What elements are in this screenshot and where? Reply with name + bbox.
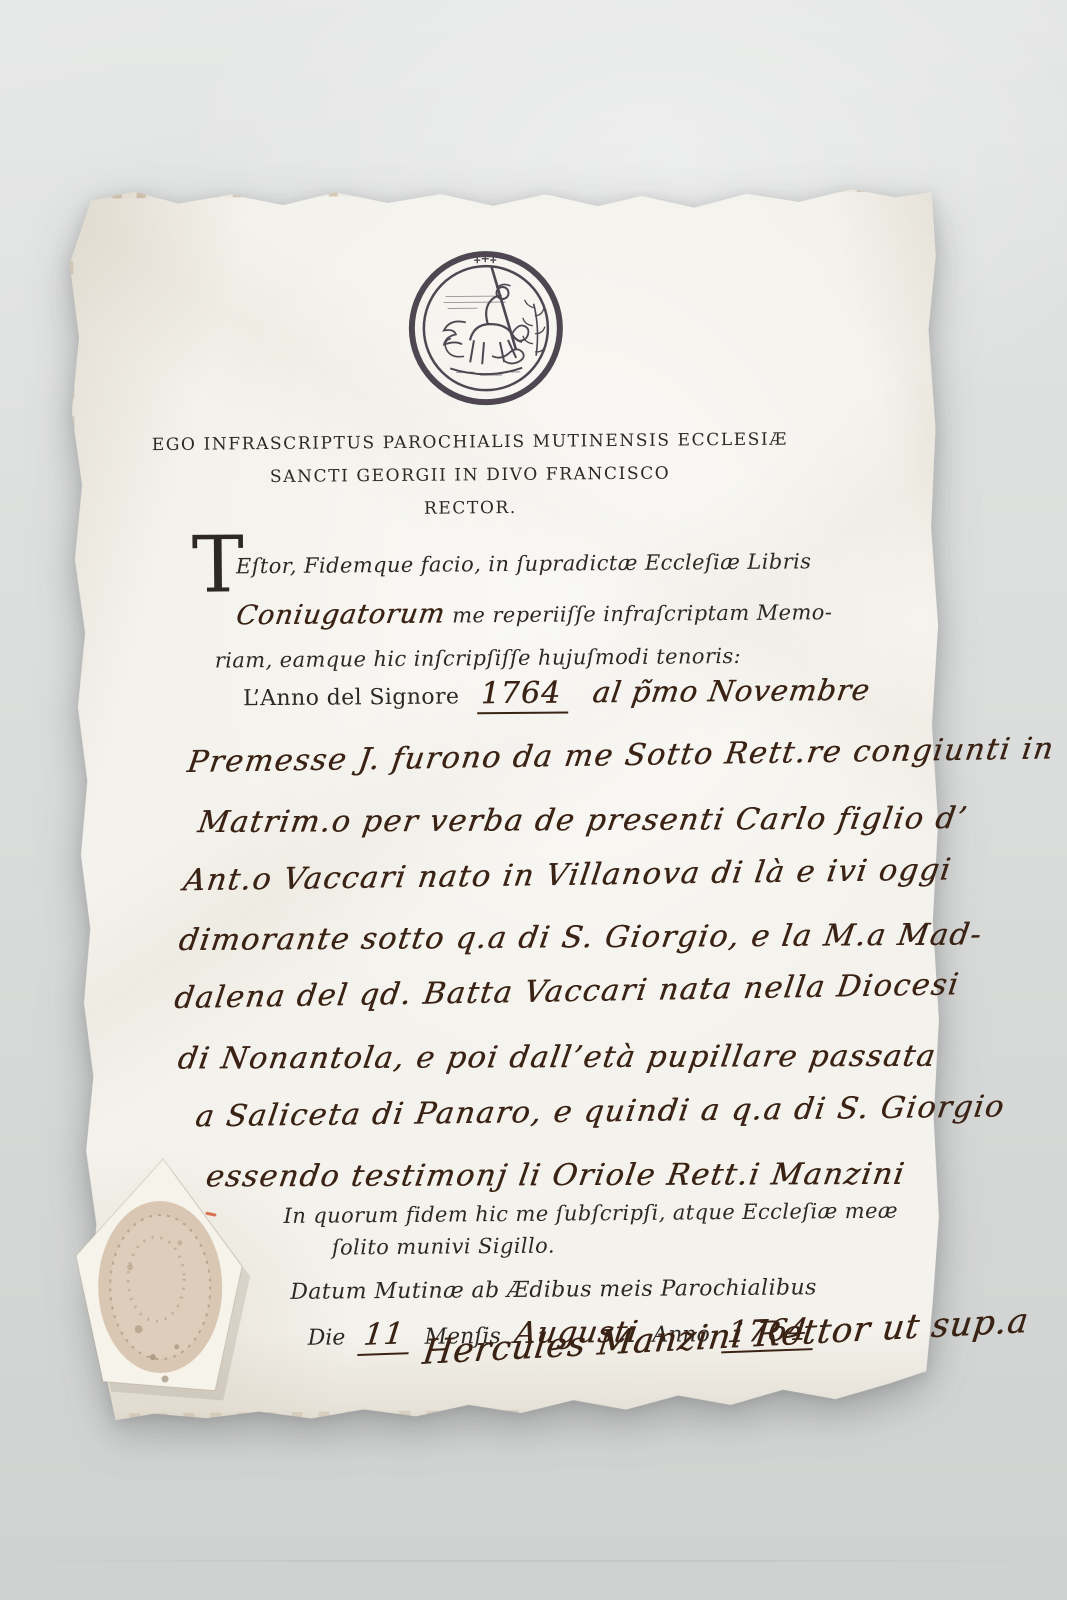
document-paper: EGO INFRASCRIPTUS PAROCHIALIS MUTINENSIS… (65, 182, 950, 1422)
closing-line-2: ſolito munivi Sigillo. (332, 1234, 555, 1260)
manuscript-line: Premesse J. furono da me Sotto Rett.re c… (69, 721, 944, 794)
photo-background: EGO INFRASCRIPTUS PAROCHIALIS MUTINENSIS… (0, 0, 1067, 1600)
handwritten-year-1764: 1764 (477, 675, 569, 714)
handwritten-memoriam: Premesse J. furono da me Sotto Rett.re c… (69, 727, 947, 1207)
year-line: L’Anno del Signore 1764 al p̃mo Novembre (243, 673, 871, 713)
wax-seal (59, 1146, 273, 1420)
header-line-3: RECTOR. (33, 488, 907, 529)
attestation-line-3: riam, eamque hic inſcripſiſſe hujuſmodi … (215, 644, 742, 673)
year-line-printed: L’Anno del Signore (243, 684, 459, 711)
document-content: EGO INFRASCRIPTUS PAROCHIALIS MUTINENSIS… (65, 182, 950, 1422)
handwritten-date-phrase: al p̃mo Novembre (591, 673, 873, 709)
printed-header: EGO INFRASCRIPTUS PAROCHIALIS MUTINENSIS… (33, 422, 908, 529)
attestation-line-1: Eſtor, Fidemque facio, in ſupradictæ Ecc… (236, 549, 812, 578)
st-george-seal-icon (403, 243, 568, 408)
handwritten-day: 11 (357, 1316, 413, 1356)
handwritten-word-coniugatorum: Coniugatorum (234, 599, 447, 632)
manuscript-line: Ant.o Vaccari nato in Villanova di là e … (70, 841, 945, 912)
attestation-line-2-printed: me reperiiſſe infraſcriptam Memo- (452, 600, 832, 627)
manuscript-line: a Saliceta di Panaro, e quindi a q.a di … (72, 1078, 947, 1148)
closing-line-3: Datum Mutinæ ab Ædibus meis Parochialibu… (290, 1275, 817, 1305)
closing-line-1: In quorum fidem hic me ſubſcripſi, atque… (283, 1199, 898, 1228)
attestation-line-2: Coniugatorum me reperiiſſe infraſcriptam… (236, 595, 832, 631)
die-label: Die (308, 1325, 346, 1350)
rector-signature: Hercules Manzini Rettor ut sup.a (420, 1301, 1031, 1373)
